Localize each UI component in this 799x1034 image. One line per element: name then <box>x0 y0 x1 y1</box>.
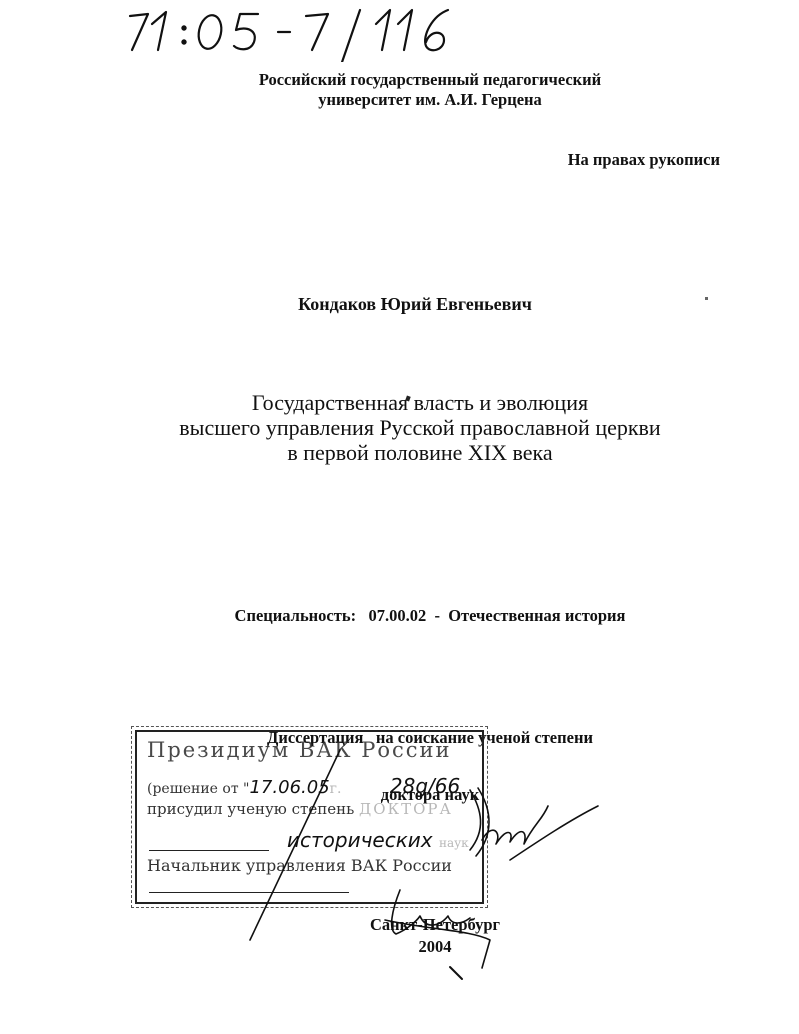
specialty-code: 07.00.02 <box>368 606 426 625</box>
stamp-decision-line: (решение от "17.06.05г. 28g/66 <box>147 774 460 798</box>
title-line-1: Государственная власть и эволюция <box>120 390 720 415</box>
city: Санкт-Петербург <box>330 915 540 935</box>
manuscript-rights-note: На правах рукописи <box>520 150 720 170</box>
institution-name: Российский государственный педагогически… <box>180 70 680 110</box>
title-line-2: высшего управления Русской православной … <box>120 415 720 440</box>
stamp-award-line: присудил ученую степень ДОКТОРА <box>147 800 453 818</box>
stamp-decision-prefix: (решение от " <box>147 781 249 797</box>
stamp-rule <box>149 850 269 851</box>
institution-line-1: Российский государственный педагогически… <box>180 70 680 90</box>
stamp-award-prefix: присудил ученую степень <box>147 800 354 818</box>
handwritten-code-strokes <box>118 2 478 62</box>
dissertation-title: Государственная власть и эволюция высшег… <box>120 390 720 465</box>
specialty-line: Специальность: 07.00.02 - Отечественная … <box>200 606 660 626</box>
year: 2004 <box>380 937 490 957</box>
stamp-header: Президиум ВАК России <box>147 738 451 762</box>
stamp-award-degree: ДОКТОРА <box>359 800 453 818</box>
title-line-3: в первой половине XIX века <box>120 440 720 465</box>
author-name: Кондаков Юрий Евгеньевич <box>200 294 630 315</box>
institution-line-2: университет им. А.И. Герцена <box>180 90 680 110</box>
specialty-name: Отечественная история <box>448 606 625 625</box>
scan-stray-mark <box>448 963 468 983</box>
specialty-label: Специальность: <box>235 606 357 625</box>
dissertation-title-page: Российский государственный педагогически… <box>0 0 799 1034</box>
stamp-rule <box>149 892 349 893</box>
stamp-decision-number: 28g/66 <box>390 774 460 798</box>
stamp-decision-date: 17.06.05 <box>249 777 329 798</box>
stamp-head-label: Начальник управления ВАК России <box>147 856 452 875</box>
stamp-decision-suffix: г. <box>330 781 342 797</box>
stamp-field-line: исторических наук <box>287 828 469 852</box>
vak-approval-stamp: Президиум ВАК России (решение от "17.06.… <box>135 730 484 904</box>
scan-speck <box>705 297 708 300</box>
stamp-field-suffix: наук <box>439 836 469 850</box>
handwritten-catalogue-code <box>118 2 478 62</box>
specialty-separator: - <box>434 606 440 625</box>
stamp-field-handwritten: исторических <box>287 828 433 852</box>
